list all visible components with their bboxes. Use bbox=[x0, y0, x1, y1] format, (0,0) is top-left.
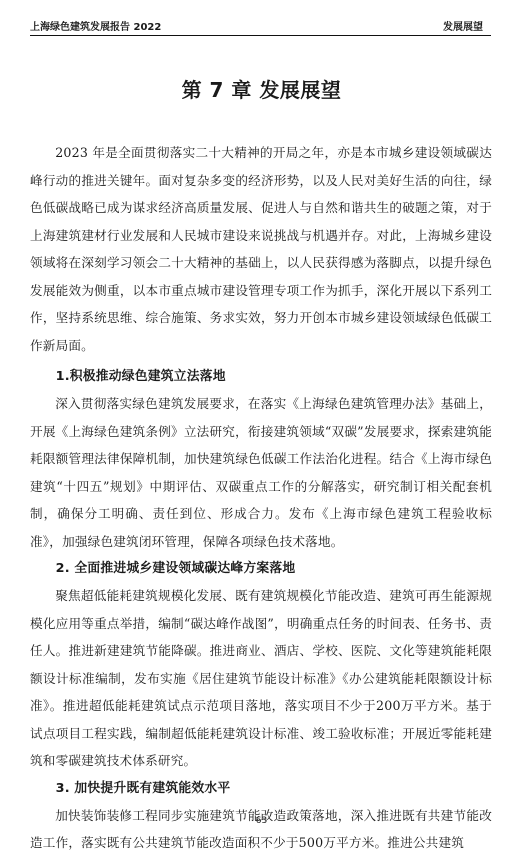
document-page: 上海绿色建筑发展报告 2022 发展展望 第 7 章 发展展望 2023 年是全… bbox=[0, 0, 523, 863]
intro-paragraph: 2023 年是全面贯彻落实二十大精神的开局之年，亦是本市城乡建设领域碳达峰行动的… bbox=[30, 139, 492, 359]
body-text: 2023 年是全面贯彻落实二十大精神的开局之年，亦是本市城乡建设领域碳达峰行动的… bbox=[30, 139, 492, 857]
section-paragraph-1: 深入贯彻落实绿色建筑发展要求，在落实《上海绿色建筑管理办法》基础上，开展《上海绿… bbox=[30, 390, 492, 555]
section-title: 发展展望 bbox=[443, 21, 483, 34]
section-heading-3: 3. 加快提升既有建筑能效水平 bbox=[30, 775, 492, 802]
chapter-title: 第 7 章 发展展望 bbox=[0, 76, 523, 104]
running-header: 上海绿色建筑发展报告 2022 发展展望 bbox=[30, 20, 491, 36]
section-heading-2: 2. 全面推进城乡建设领域碳达峰方案落地 bbox=[30, 555, 492, 582]
section-paragraph-2: 聚焦超低能耗建筑规模化发展、既有建筑规模化节能改造、建筑可再生能源规模化应用等重… bbox=[30, 582, 492, 775]
section-paragraph-3: 加快装饰装修工程同步实施建筑节能改造政策落地，深入推进既有共建节能改造工作，落实… bbox=[30, 802, 492, 857]
section-heading-1: 1.积极推动绿色建筑立法落地 bbox=[30, 363, 492, 390]
page-number: 63 bbox=[0, 816, 523, 826]
report-title: 上海绿色建筑发展报告 2022 bbox=[30, 21, 161, 34]
